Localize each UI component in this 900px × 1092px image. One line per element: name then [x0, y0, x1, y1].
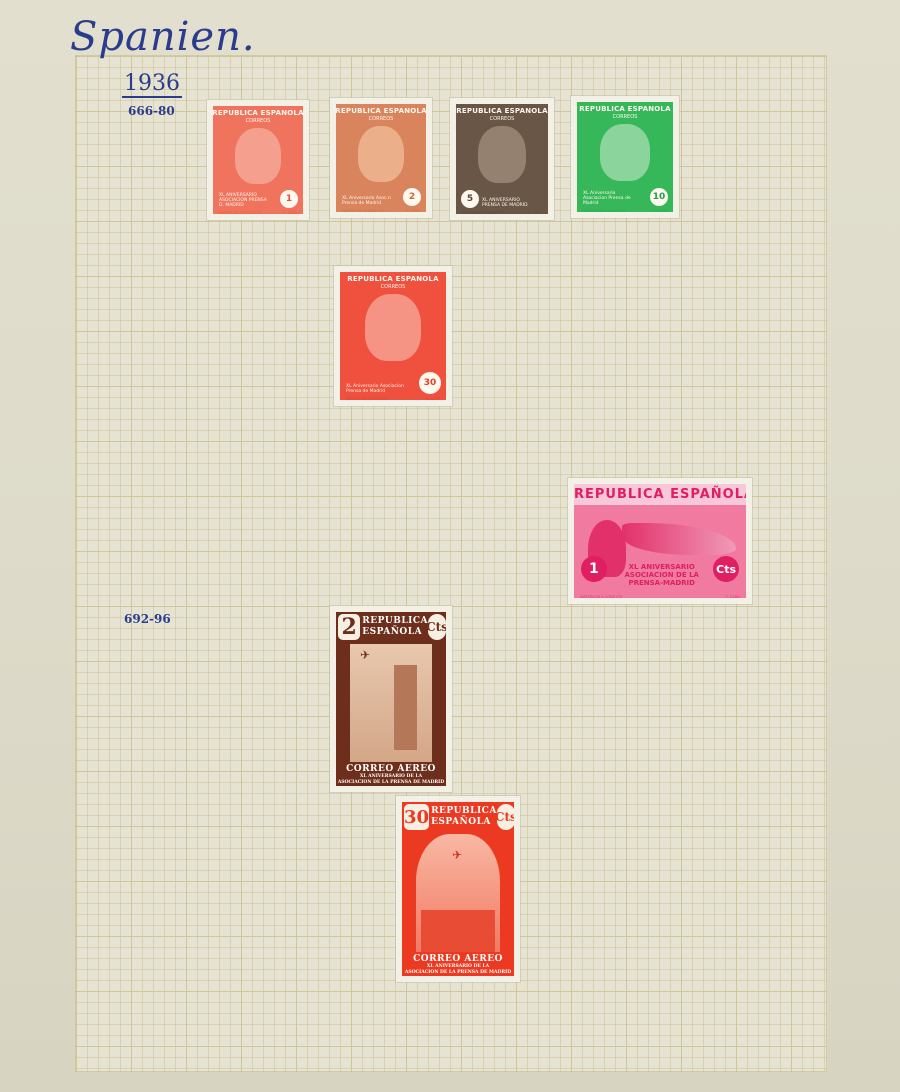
stamp-caption: XL Aniversario Asociacion Prensa de Madr…: [346, 384, 404, 394]
airplane-icon: ✈: [360, 648, 370, 662]
stamp-imprint: WATERLOW & SONS LTDS. TODA: [346, 397, 440, 400]
stamp-header: REPUBLICA ESPANOLA: [456, 107, 547, 115]
imprint-printer: WATERLOW & SONS LTD: [219, 211, 261, 214]
stamp-imprint: WATERLOW & SONS LTDS. TODA: [583, 209, 667, 212]
stamp-imprint: WATERLOW & SONS LTDS. TODA: [342, 209, 420, 212]
imprint-engraver: S. TODA: [406, 209, 420, 212]
stamp-5-cts: REPUBLICA ESPANOLA CORREOS XL ANIVERSARI…: [450, 98, 554, 220]
stamp-imprint: WATERLOW & SONS LTDS. TODA: [462, 211, 542, 214]
stamp-value: 1: [581, 556, 607, 582]
stamp-design: REPUBLICA ESPAÑOLA 1 Cts XL ANIVERSARIO …: [574, 484, 746, 598]
stamp-value: 2: [403, 188, 421, 206]
imprint-printer: WATERLOW & SONS LTD: [342, 209, 384, 212]
imprint-printer: WATERLOW & SONS LTD: [580, 595, 622, 598]
portrait-image: [478, 126, 526, 183]
stamp-subheader: CORREOS: [490, 116, 515, 122]
header-line-1: REPUBLICA: [362, 616, 428, 627]
stamp-caption: XL ANIVERSARIO ASOCIACION PRENSA D. MADR…: [219, 193, 269, 208]
header-line-2: ESPAÑOLA: [431, 817, 497, 828]
stamp-2-cts: REPUBLICA ESPANOLA CORREOS XL Aniversari…: [330, 98, 432, 218]
stamp-vignette: ✈: [350, 644, 432, 762]
stamp-design: REPUBLICA ESPANOLA CORREOS XL ANIVERSARI…: [213, 106, 303, 214]
stamp-10-cts: REPUBLICA ESPANOLA CORREOS XL Aniversari…: [571, 96, 679, 218]
catalog-range-2: 692-96: [124, 612, 171, 626]
stamp-title: CORREO AEREO: [402, 954, 514, 964]
stamp-imprint: WATERLOW & SONS LTDF. CANO: [580, 595, 740, 598]
eagle-wing: [622, 523, 736, 555]
stamp-header: REPUBLICA ESPANOLA: [213, 109, 303, 117]
stamp-caption: XL Aniversario Asoc.n Prensa de Madrid: [342, 196, 392, 206]
imprint-engraver: S. TODA: [528, 211, 542, 214]
country-name: REPUBLICA ESPAÑOLA: [362, 616, 428, 638]
stamp-2-cts-correo-aereo: 2 REPUBLICA ESPAÑOLA Cts ✈ CORREO AEREO …: [330, 606, 452, 792]
header-line-1: REPUBLICA: [431, 806, 497, 817]
stamp-vignette: ✈: [416, 834, 500, 952]
country-heading: Spanien.: [70, 14, 256, 60]
stamp-imprint: WATERLOW & SONS LTDBERTUCHI: [408, 973, 508, 976]
stamp-unit: Cts: [713, 556, 739, 582]
header-line-2: ESPAÑOLA: [362, 627, 428, 638]
stamp-header: REPUBLICA ESPANOLA: [347, 275, 438, 283]
stamp-value: 30: [404, 804, 429, 830]
stamp-unit: Cts: [428, 614, 446, 640]
portrait-image: [365, 294, 420, 361]
stamp-imprint: WATERLOW & SONS LTDS. TODA: [219, 211, 297, 214]
year-label: 1936: [122, 72, 182, 98]
country-name: REPUBLICA ESPAÑOLA: [431, 806, 497, 828]
stamp-header: REPUBLICA ESPANOLA: [336, 107, 426, 115]
portrait-image: [600, 124, 650, 181]
imprint-printer: WATERLOW & SONS LTD: [462, 211, 504, 214]
stamp-title: CORREO AEREO: [336, 764, 446, 774]
stamp-design: REPUBLICA ESPANOLA CORREOS XL ANIVERSARI…: [456, 104, 548, 214]
stamp-1-cts: REPUBLICA ESPANOLA CORREOS XL ANIVERSARI…: [207, 100, 309, 220]
stamp-subheader: CORREOS: [246, 118, 271, 124]
catalog-range-1: 666-80: [128, 104, 175, 118]
stamp-subheader: CORREOS: [369, 116, 394, 122]
imprint-engraver: S. TODA: [283, 211, 297, 214]
imprint-engraver: S. TODA: [426, 397, 440, 400]
stamp-caption: XL ANIVERSARIO ASOCIACION DE LA PRENSA-M…: [612, 563, 712, 587]
stamp-design: 30 REPUBLICA ESPAÑOLA Cts ✈ CORREO AEREO…: [402, 802, 514, 976]
stamp-design: REPUBLICA ESPANOLA CORREOS XL Aniversari…: [336, 104, 426, 212]
portrait-image: [235, 128, 282, 184]
portrait-image: [358, 126, 405, 182]
imprint-engraver: S. TODA: [653, 209, 667, 212]
stamp-unit: Cts: [497, 804, 514, 830]
stamp-value: 2: [338, 614, 360, 640]
stamp-imprint: WATERLOW & SONS LTDBERTUCHI: [342, 783, 440, 786]
album-page: Spanien. 1936 666-80 692-96 REPUBLICA ES…: [0, 0, 900, 1092]
imprint-engraver: BERTUCHI: [422, 783, 440, 786]
stamp-design: 2 REPUBLICA ESPAÑOLA Cts ✈ CORREO AEREO …: [336, 612, 446, 786]
autogiro-icon: ✈: [452, 848, 462, 862]
stamp-1-cts-airmail-eagle: REPUBLICA ESPAÑOLA 1 Cts XL ANIVERSARIO …: [568, 478, 752, 604]
building-image: [421, 910, 495, 952]
stamp-30-cts: REPUBLICA ESPANOLA CORREOS XL Aniversari…: [334, 266, 452, 406]
imprint-printer: WATERLOW & SONS LTD: [408, 973, 450, 976]
building-image: [394, 665, 417, 750]
imprint-printer: WATERLOW & SONS LTD: [583, 209, 625, 212]
stamp-header: 30 REPUBLICA ESPAÑOLA Cts: [402, 802, 514, 832]
imprint-engraver: F. CANO: [726, 595, 740, 598]
stamp-value: 30: [419, 372, 441, 394]
stamp-header: 2 REPUBLICA ESPAÑOLA Cts: [336, 612, 446, 642]
stamp-caption: XL Aniversario Asociacion Prensa de Madr…: [583, 191, 636, 206]
stamp-caption: XL ANIVERSARIO PRENSA DE MADRID: [482, 198, 533, 208]
stamp-subheader: CORREOS: [613, 114, 638, 120]
stamp-design: REPUBLICA ESPANOLA CORREOS XL Aniversari…: [340, 272, 446, 400]
stamp-30-cts-correo-aereo: 30 REPUBLICA ESPAÑOLA Cts ✈ CORREO AEREO…: [396, 796, 520, 982]
stamp-value: 10: [650, 188, 668, 206]
stamp-value: 1: [280, 190, 298, 208]
caption-line-1: XL ANIVERSARIO: [612, 563, 712, 571]
stamp-subheader: CORREOS: [381, 284, 406, 290]
imprint-printer: WATERLOW & SONS LTD: [346, 397, 388, 400]
imprint-printer: WATERLOW & SONS LTD: [342, 783, 384, 786]
stamp-value: 5: [461, 190, 479, 208]
stamp-header: REPUBLICA ESPANOLA: [579, 105, 670, 113]
stamp-design: REPUBLICA ESPANOLA CORREOS XL Aniversari…: [577, 102, 673, 212]
caption-line-2: ASOCIACION DE LA PRENSA-MADRID: [612, 571, 712, 587]
stamp-header: REPUBLICA ESPAÑOLA: [574, 484, 746, 505]
imprint-engraver: BERTUCHI: [490, 973, 508, 976]
